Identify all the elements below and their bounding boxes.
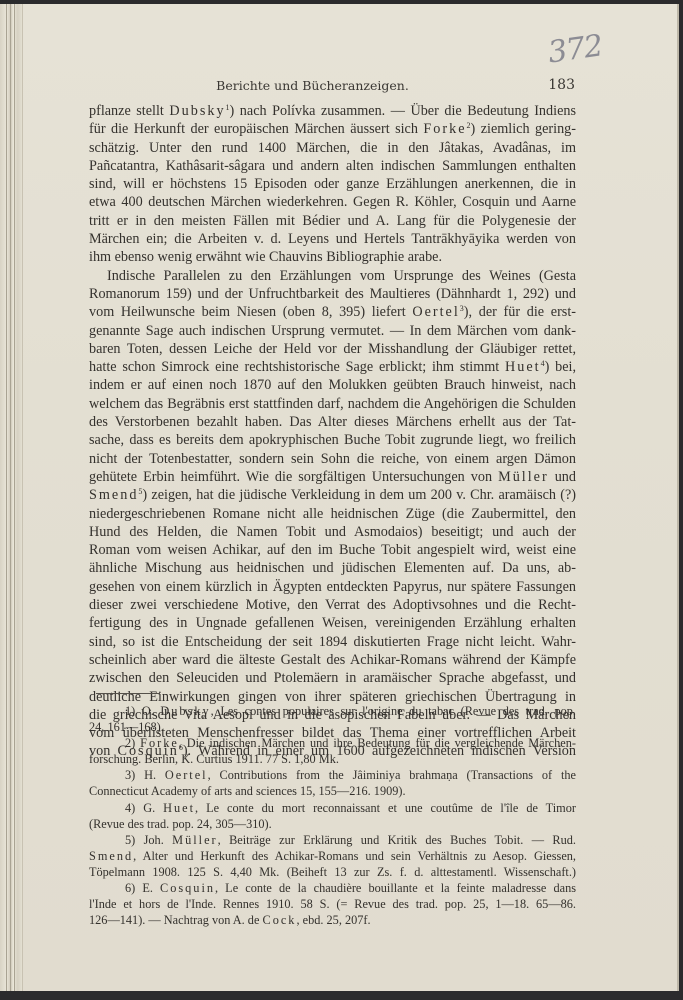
body-line: für die Herkunft der europäischen Märche… xyxy=(89,120,576,138)
body-line: sind, will er höchstens 15 Episoden oder… xyxy=(89,175,576,193)
page-edge-line xyxy=(14,4,15,991)
body-line: sache, dass es bereits dem apokryphische… xyxy=(89,431,576,449)
page-edge-line xyxy=(6,4,7,991)
author-name: Forke xyxy=(140,736,179,750)
body-line: vom Heilwunsche beim Niesen (oben 8, 395… xyxy=(89,303,576,321)
page-number: 183 xyxy=(548,77,575,93)
body-line: genannte Sage auch indischen Ursprung ve… xyxy=(89,322,576,340)
footnote-line: Smend, Alter und Herkunft des Achikar-Ro… xyxy=(89,848,576,864)
footnote-line: (Revue des trad. pop. 24, 305—310). xyxy=(89,816,576,832)
footnote-marker: 2 xyxy=(467,121,471,130)
footnote-line: 1) O. Dubsky, Les contes populaires sur … xyxy=(89,703,576,719)
body-line: Smend5) zeigen, hat die jüdische Verklei… xyxy=(89,486,576,504)
body-line: zwischen den Seleuciden und Ptolemäern i… xyxy=(89,669,576,687)
body-line: Romanorum 159) und der Unfruchtbarkeit d… xyxy=(89,285,576,303)
author-name: Huet xyxy=(163,801,195,815)
body-line: hatte schon Simrock eine rechtshistorisc… xyxy=(89,358,576,376)
handwritten-folio-number: 372 xyxy=(546,28,605,70)
body-line: dieser zwei verschiedene Motive, den Ver… xyxy=(89,596,576,614)
running-head-title: Berichte und Bücheranzeigen. xyxy=(90,78,575,93)
body-line: gesehen von einem kürzlich in Ägypten en… xyxy=(89,578,576,596)
book-spine-edge xyxy=(0,4,23,991)
body-line: sind, so ist die Entscheidung der seit 1… xyxy=(89,633,576,651)
footnote-marker: 4 xyxy=(541,359,545,368)
author-name: Dubsky xyxy=(169,103,225,119)
footnote-line: 3) H. Oertel, Contributions from the Jâi… xyxy=(89,767,576,783)
footnote-separator-rule xyxy=(96,693,160,694)
author-name: Oertel xyxy=(165,768,208,782)
footnote-line: forschung. Berlin, K. Curtius 1911. 77 S… xyxy=(89,751,576,767)
body-line: fertigung des in Ungnade gefallenen Weis… xyxy=(89,614,576,632)
author-name: Müller xyxy=(498,469,549,485)
author-name: Oertel xyxy=(412,304,459,320)
body-line: scheinlich aber ward die älteste Gestalt… xyxy=(89,651,576,669)
footnote-line: 5) Joh. Müller, Beiträge zur Erklärung u… xyxy=(89,832,576,848)
body-line: welchem das Begräbnis erst stattfinden d… xyxy=(89,395,576,413)
body-line: des Verstorbenen bezahlt haben. Das Alte… xyxy=(89,413,576,431)
body-line: pflanze stellt Dubsky1) nach Polívka zus… xyxy=(89,102,576,120)
author-name: Cock xyxy=(263,913,297,927)
author-name: Smend xyxy=(89,849,133,863)
author-name: Smend xyxy=(89,487,138,503)
running-head: Berichte und Bücheranzeigen. 183 xyxy=(90,78,575,96)
footnotes: 1) O. Dubsky, Les contes populaires sur … xyxy=(89,703,576,928)
body-line: baren Toten, dessen Leiche der Held vor … xyxy=(89,340,576,358)
author-name: Müller xyxy=(172,833,217,847)
footnote-marker: 5 xyxy=(138,487,142,496)
footnote-line: Töpelmann 1908. 125 S. 4,40 Mk. (Beiheft… xyxy=(89,864,576,880)
body-line: ihm ebenso wenig erwähnt wie Chauvins Bi… xyxy=(89,248,576,266)
body-line: Märchen ein; die Arbeiten v. d. Leyens u… xyxy=(89,230,576,248)
body-line: tritt er in den meisten Fällen mit Bédie… xyxy=(89,212,576,230)
footnote-line: l'Inde et hors de l'Inde. Rennes 1910. 5… xyxy=(89,896,576,912)
author-name: Forke xyxy=(423,121,466,137)
body-line: etwa 400 deutschen Märchen wiederkehren.… xyxy=(89,193,576,211)
body-line: Roman vom weisen Achikar, auf den im Buc… xyxy=(89,541,576,559)
footnote-line: 2) Forke, Die indischen Märchen und ihre… xyxy=(89,735,576,751)
author-name: Cosquin xyxy=(160,881,215,895)
body-line: Indische Parallelen zu den Erzählungen v… xyxy=(89,267,576,285)
author-name: Huet xyxy=(505,359,541,375)
footnote-line: 4) G. Huet, Le conte du mort reconnaissa… xyxy=(89,800,576,816)
body-line: nicht der Totenbestatter, sondern sein S… xyxy=(89,450,576,468)
body-line: Hund des Helden, die Namen Tobit und Asm… xyxy=(89,523,576,541)
body-line: gehütete Erbin heimführt. Wie die sorgfä… xyxy=(89,468,576,486)
body-line: ähnliche Mischung aus heidnischen und jü… xyxy=(89,559,576,577)
footnote-line: 126—141). — Nachtrag von A. de Cock, ebd… xyxy=(89,912,576,928)
author-name: Dubsky xyxy=(160,704,210,718)
footnote-marker: 1 xyxy=(226,103,230,112)
scanned-page-view: 372 Berichte und Bücheranzeigen. 183 pfl… xyxy=(0,0,683,1000)
page-edge-line xyxy=(10,4,11,991)
footnote-line: 6) E. Cosquin, Le conte de la chaudière … xyxy=(89,880,576,896)
book-page: 372 Berichte und Bücheranzeigen. 183 pfl… xyxy=(0,4,679,991)
body-line: niedergeschriebenen Romane nicht alle he… xyxy=(89,505,576,523)
body-line: indem er auf einen noch 1870 auf den Mol… xyxy=(89,376,576,394)
body-line: Pañcatantra, Kathâsarit-sâgara und ander… xyxy=(89,157,576,175)
body-line: schätzig. Unter den rund 1400 Märchen, d… xyxy=(89,139,576,157)
body-text: pflanze stellt Dubsky1) nach Polívka zus… xyxy=(89,102,576,761)
footnote-line: Connecticut Academy of arts and sciences… xyxy=(89,783,576,799)
footnote-line: 24, 161—168). xyxy=(89,719,576,735)
footnote-marker: 3 xyxy=(460,304,464,313)
